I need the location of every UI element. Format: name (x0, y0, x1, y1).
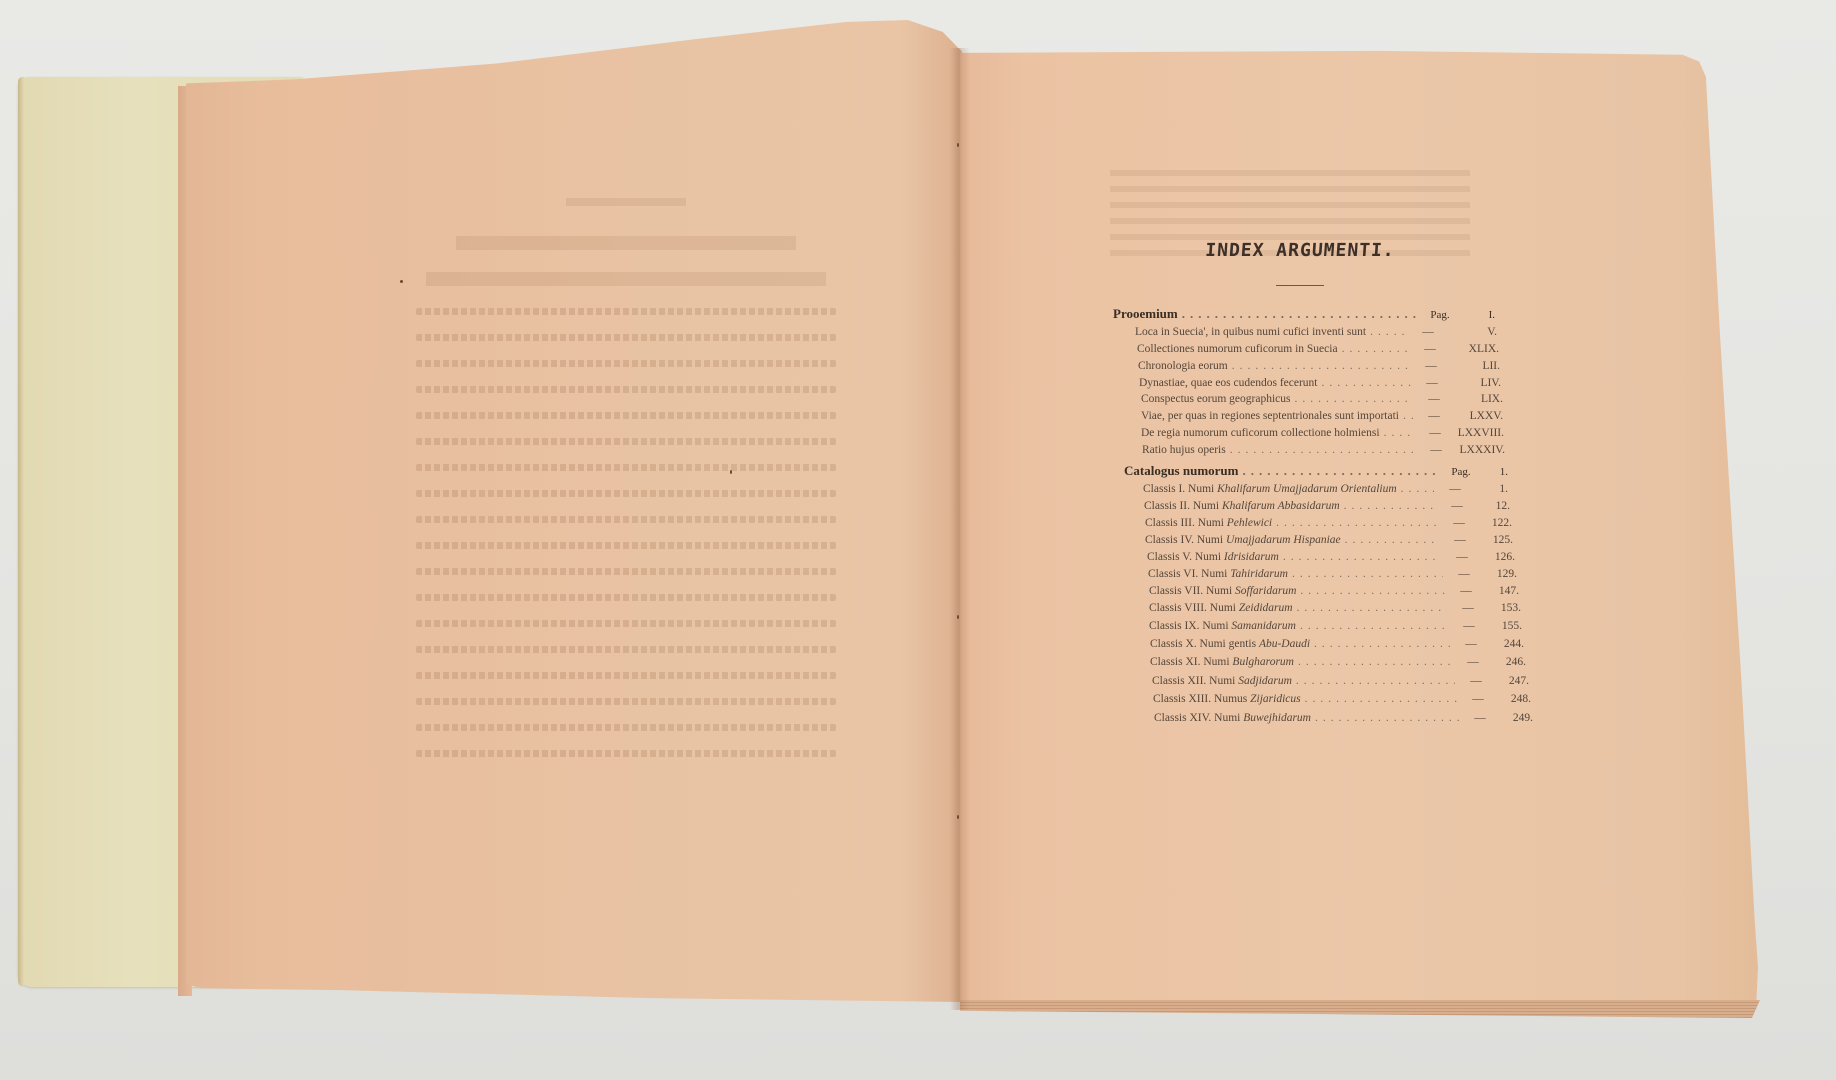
toc-entry[interactable]: Dynastiae, quae eos cudendos fecerunt ..… (1139, 377, 1501, 389)
toc-entry[interactable]: De regia numorum cuficorum collectione h… (1141, 427, 1504, 439)
toc-entry[interactable]: Chronologia eorum ......................… (1138, 360, 1500, 372)
toc-entry[interactable]: Viae, per quas in regiones septentrional… (1141, 410, 1503, 422)
toc-section-heading[interactable]: Prooemium ..............................… (1113, 306, 1495, 322)
toc-entry[interactable]: Conspectus eorum geographicus ..........… (1141, 393, 1503, 405)
toc-entry[interactable]: Classis VII. Numi Soffaridarum .........… (1149, 585, 1519, 597)
toc-entry[interactable]: Classis VIII. Numi Zeididarum ..........… (1149, 602, 1521, 614)
toc-entry[interactable]: Classis II. Numi Khalifarum Abbasidarum … (1144, 500, 1510, 512)
toc-entry[interactable]: Classis VI. Numi Tahiridarum ...........… (1148, 568, 1517, 580)
page-title: INDEX ARGUMENTI. (1199, 240, 1400, 261)
toc-entry[interactable]: Classis IV. Numi Umajjadarum Hispaniae .… (1145, 534, 1513, 546)
toc-content: INDEX ARGUMENTI. Prooemium .............… (0, 0, 1836, 1080)
toc-entry[interactable]: Collectiones numorum cuficorum in Suecia… (1137, 343, 1499, 355)
paper-speck (730, 470, 732, 474)
toc-entry[interactable]: Classis XI. Numi Bulgharorum ...........… (1150, 656, 1526, 668)
toc-entry[interactable]: Loca in Suecia', in quibus numi cufici i… (1135, 326, 1497, 338)
toc-entry[interactable]: Classis X. Numi gentis Abu-Daudi .......… (1150, 638, 1524, 650)
toc-entry[interactable]: Classis XIV. Numi Buwejhidarum .........… (1154, 712, 1533, 724)
paper-speck (957, 815, 959, 819)
toc-entry[interactable]: Classis V. Numi Idrisidarum ............… (1147, 551, 1515, 563)
toc-entry[interactable]: Classis XII. Numi Sadjidarum ...........… (1152, 675, 1529, 687)
paper-speck (957, 143, 959, 147)
toc-entry[interactable]: Classis III. Numi Pehlewici ............… (1145, 517, 1512, 529)
toc-entry[interactable]: Classis IX. Numi Samanidarum ...........… (1149, 620, 1522, 632)
toc-section-heading[interactable]: Catalogus numorum ......................… (1124, 463, 1508, 479)
paper-speck (400, 280, 403, 283)
title-rule (1276, 285, 1324, 286)
toc-entry[interactable]: Classis I. Numi Khalifarum Umajjadarum O… (1143, 483, 1508, 495)
paper-speck (957, 615, 959, 619)
toc-entry[interactable]: Ratio hujus operis .....................… (1142, 444, 1505, 456)
toc-entry[interactable]: Classis XIII. Numus Zijaridicus ........… (1153, 693, 1531, 705)
